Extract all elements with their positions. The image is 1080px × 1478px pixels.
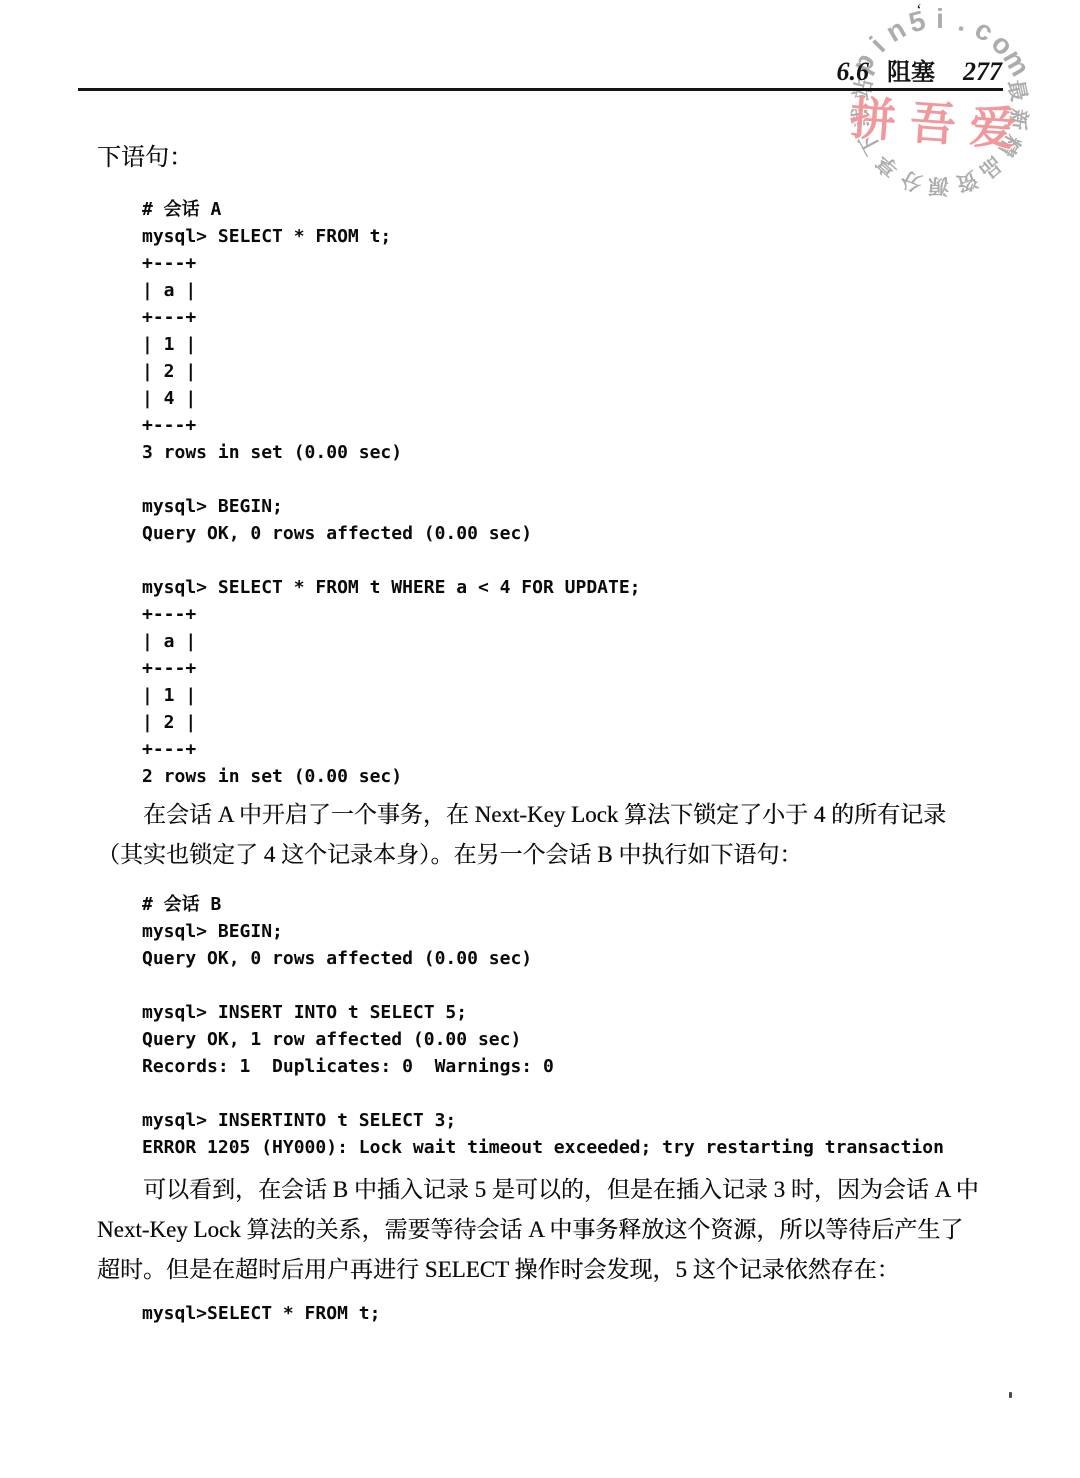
code-line: | a | — [142, 628, 641, 655]
paragraph-line: 可以看到，在会话 B 中插入记录 5 是可以的，但是在插入记录 3 时，因为会话… — [97, 1170, 1009, 1210]
code-line: Query OK, 1 row affected (0.00 sec) — [142, 1026, 944, 1053]
code-line: +---+ — [142, 655, 641, 682]
scan-speck — [1009, 1392, 1012, 1398]
paragraph-session-a-explain: 在会话 A 中开启了一个事务，在 Next-Key Lock 算法下锁定了小于 … — [97, 795, 1009, 875]
code-line: # 会话 A — [142, 196, 641, 223]
code-line — [142, 547, 641, 574]
code-line: +---+ — [142, 601, 641, 628]
section-number: 6.6 — [837, 57, 870, 87]
code-line: | 2 | — [142, 358, 641, 385]
code-line: +---+ — [142, 250, 641, 277]
paragraph-line: 超时。但是在超时后用户再进行 SELECT 操作时会发现，5 这个记录依然存在： — [97, 1250, 1009, 1290]
watermark-arc-letter: . — [955, 6, 971, 39]
code-line: mysql> SELECT * FROM t WHERE a < 4 FOR U… — [142, 574, 641, 601]
code-block-session-a: # 会话 A mysql> SELECT * FROM t; +---+ | a… — [142, 196, 641, 790]
code-line: ERROR 1205 (HY000): Lock wait timeout ex… — [142, 1134, 944, 1161]
watermark-arc-letter: i — [936, 3, 944, 35]
code-line: | 1 | — [142, 682, 641, 709]
code-line: | 1 | — [142, 331, 641, 358]
code-line: | a | — [142, 277, 641, 304]
code-line: mysql> INSERT INTO t SELECT 5; — [142, 999, 944, 1026]
header-rule — [78, 88, 1003, 91]
section-title: 阻塞 — [887, 52, 935, 87]
code-line — [142, 972, 944, 999]
code-line: Query OK, 0 rows affected (0.00 sec) — [142, 945, 944, 972]
watermark-arc-letter: n — [881, 13, 912, 49]
code-line: # 会话 B — [142, 891, 944, 918]
code-block-final-select: mysql>SELECT * FROM t; — [142, 1300, 380, 1327]
code-line: | 2 | — [142, 709, 641, 736]
code-line: +---+ — [142, 412, 641, 439]
watermark-brand-text: 拼吾爱 — [848, 82, 1032, 160]
code-block-session-b: # 会话 B mysql> BEGIN; Query OK, 0 rows af… — [142, 891, 944, 1161]
code-line: 3 rows in set (0.00 sec) — [142, 439, 641, 466]
code-line: mysql> BEGIN; — [142, 493, 641, 520]
paragraph-timeout-explain: 可以看到，在会话 B 中插入记录 5 是可以的，但是在插入记录 3 时，因为会话… — [97, 1170, 1009, 1290]
code-line: Query OK, 0 rows affected (0.00 sec) — [142, 520, 641, 547]
code-line: mysql>SELECT * FROM t; — [142, 1300, 380, 1327]
paragraph-line: Next-Key Lock 算法的关系，需要等待会话 A 中事务释放这个资源，所… — [97, 1210, 1009, 1250]
watermark-ring-char: 分 — [896, 164, 926, 200]
code-line: +---+ — [142, 736, 641, 763]
code-line: +---+ — [142, 304, 641, 331]
watermark-ring-char: 资 — [952, 164, 982, 199]
paragraph-line: 在会话 A 中开启了一个事务，在 Next-Key Lock 算法下锁定了小于 … — [97, 795, 1009, 835]
code-line: Records: 1 Duplicates: 0 Warnings: 0 — [142, 1053, 944, 1080]
paragraph-line: （其实也锁定了 4 这个记录本身）。在另一个会话 B 中执行如下语句： — [97, 835, 1009, 875]
code-line: mysql> INSERTINTO t SELECT 3; — [142, 1107, 944, 1134]
watermark-ring-char: 源 — [928, 172, 950, 202]
code-line: 2 rows in set (0.00 sec) — [142, 763, 641, 790]
code-line: | 4 | — [142, 385, 641, 412]
running-head: 6.6 阻塞 277 — [837, 52, 1003, 87]
code-line — [142, 1080, 944, 1107]
code-line: mysql> SELECT * FROM t; — [142, 223, 641, 250]
scan-artifact-mark: ʻ — [916, 0, 922, 21]
intro-line: 下语句： — [97, 142, 193, 174]
code-line: mysql> BEGIN; — [142, 918, 944, 945]
code-line — [142, 466, 641, 493]
page-number: 277 — [963, 57, 1002, 87]
